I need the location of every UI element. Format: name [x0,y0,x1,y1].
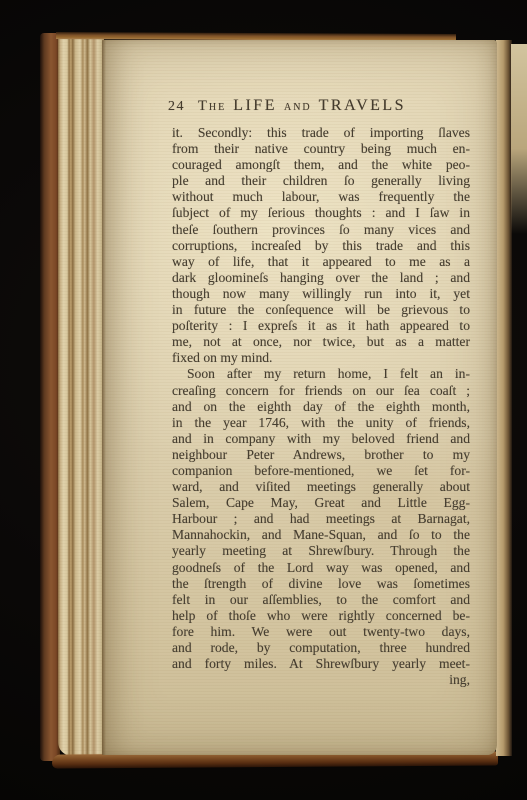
text-line: without much labour, was frequently the [172,189,470,205]
page-right-edge [496,40,512,756]
text-line: and on the eighth day of the eighth mont… [172,399,470,415]
text-line: help of thoſe who were rightly concerned… [172,608,470,624]
text-line: poſterity : I expreſs it as it hath appe… [172,318,470,334]
page-number: 24 [168,99,185,114]
body-text: it. Secondly: this trade of importing ſl… [172,125,470,688]
text-line: corruptions, increaſed by this trade and… [172,238,470,254]
fanned-page-edges [58,36,104,756]
text-line: ward, and viſited meetings generally abo… [172,479,470,495]
text-line: and forty miles. At Shrewſbury yearly me… [172,656,470,672]
header-word: TRAVELS [319,97,406,114]
text-line: me, not at once, nor twice, but as a mat… [172,334,470,350]
book-page: 24TheLIFEandTRAVELS it. Secondly: this t… [102,40,497,755]
text-line: fixed on my mind. [172,350,470,366]
text-line: couraged amongſt them, and the white peo… [172,157,470,173]
running-header: 24TheLIFEandTRAVELS [168,97,478,115]
header-word: LIFE [233,97,277,114]
text-line: Mannahockin, and Mane-Squan, and ſo to t… [172,527,470,543]
text-line: and rode, by computation, three hundred [172,640,470,656]
text-line: yearly meeting at Shrewſbury. Through th… [172,543,470,559]
text-line: from their native country being much en- [172,141,470,157]
text-line: theſe ſouthern provinces ſo many vices a… [172,222,470,238]
text-line: though now many willingly run into it, y… [172,286,470,302]
text-line: creaſing concern for friends on our ſea … [172,383,470,399]
text-line: ſubject of my ſerious thoughts : and I ſ… [172,205,470,221]
text-line: Salem, Cape May, Great and Little Egg- [172,495,470,511]
text-line: neighbour Peter Andrews, brother to my [172,447,470,463]
text-line: felt in our aſſemblies, to the comfort a… [172,592,470,608]
text-line: way of life, that it appeared to me as a [172,254,470,270]
text-line: ple and their children ſo generally livi… [172,173,470,189]
underlying-page-edge [511,44,527,234]
text-line: in the year 1746, with the unity of frie… [172,415,470,431]
text-line: companion before-mentioned, we ſet for- [172,463,470,479]
header-word: The [198,98,226,114]
text-line: dark gloomineſs hanging over the land ; … [172,270,470,286]
text-line: Soon after my return home, I felt an in- [172,366,470,382]
text-line: the ſtrength of divine love was ſometime… [172,576,470,592]
text-line: in future the conſequence will be grievo… [172,302,470,318]
text-line: goodneſs of the Lord way was opened, and [172,560,470,576]
header-word: and [284,98,312,114]
text-line: and in company with my beloved friend an… [172,431,470,447]
text-line: fore him. We were out twenty-two days, [172,624,470,640]
book-spine [40,33,60,761]
text-line: it. Secondly: this trade of importing ſl… [172,125,470,141]
catchword: ing, [172,672,470,688]
photo-background: 24TheLIFEandTRAVELS it. Secondly: this t… [0,0,527,800]
text-line: Harbour ; and had meetings at Barnagat, [172,511,470,527]
